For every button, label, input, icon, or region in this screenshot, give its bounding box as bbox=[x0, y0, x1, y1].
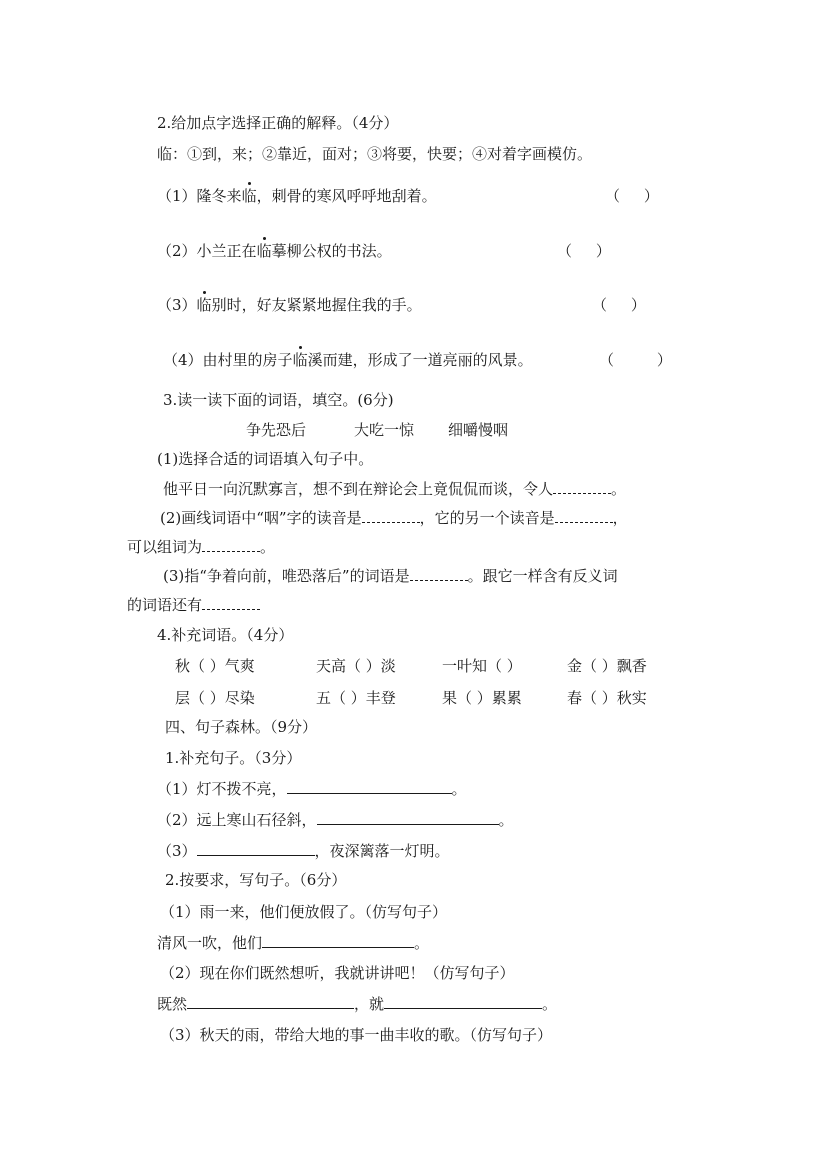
fill-blank[interactable] bbox=[553, 478, 611, 494]
question-4-title: 4.补充词语。（4分） bbox=[157, 625, 293, 645]
question-2-item-2: （2）小兰正在临摹柳公权的书法。 bbox=[157, 241, 392, 261]
answer-blank-3[interactable]: （ ） bbox=[592, 295, 646, 315]
question-3-sub1-prompt: (1)选择合适的词语填入句子中。 bbox=[157, 449, 373, 469]
answer-blank-4[interactable]: （ ） bbox=[599, 350, 672, 370]
fill-blank[interactable] bbox=[197, 840, 315, 856]
word-2: 大吃一惊 bbox=[354, 421, 414, 439]
question-2-item-4: （4）由村里的房子临溪而建，形成了一道亮丽的风景。 bbox=[163, 350, 533, 370]
word-fill-item[interactable]: 春（ ）秋实 bbox=[567, 688, 647, 708]
question-3-sub2-cont: 可以组词为。 bbox=[127, 536, 275, 556]
word-fill-item[interactable]: 一叶知（ ） bbox=[442, 656, 567, 676]
fill-blank[interactable] bbox=[202, 536, 260, 552]
word-fill-item[interactable]: 果（ ）累累 bbox=[442, 688, 567, 708]
dotted-character: 临 bbox=[242, 186, 257, 206]
word-fill-row-2: 层（ ）尽染五（ ）丰登果（ ）累累春（ ）秋实 bbox=[175, 688, 647, 708]
word-fill-row-1: 秋（ ）气爽天高（ ）淡一叶知（ ）金（ ）飘香 bbox=[175, 656, 647, 676]
word-fill-item[interactable]: 秋（ ）气爽 bbox=[175, 656, 316, 676]
fill-blank[interactable] bbox=[362, 507, 420, 523]
question-2-title: 2.给加点字选择正确的解释。（4分） bbox=[157, 113, 398, 133]
question-2-item-1: （1）隆冬来临，刺骨的寒风呼呼地刮着。 bbox=[157, 186, 437, 206]
fill-blank[interactable] bbox=[555, 507, 613, 523]
word-fill-item[interactable]: 天高（ ）淡 bbox=[316, 656, 442, 676]
question-2-definitions: 临：①到，来；②靠近，面对；③将要，快要；④对着字画模仿。 bbox=[157, 144, 592, 164]
question-3-sub2: (2)画线词语中“咽”字的读音是，它的另一个读音是， bbox=[160, 507, 628, 527]
word-1: 争先恐后 bbox=[246, 421, 306, 439]
word-fill-item[interactable]: 金（ ）飘香 bbox=[567, 656, 647, 676]
question-3-title: 3.读一读下面的词语，填空。(6分) bbox=[163, 390, 394, 410]
section-4-q2-item2-fill: 既然，就。 bbox=[157, 993, 557, 1013]
section-4-q2-item2: （2）现在你们既然想听，我就讲讲吧！（仿写句子） bbox=[160, 963, 515, 983]
word-3: 细嚼慢咽 bbox=[448, 421, 508, 439]
fill-blank[interactable] bbox=[287, 778, 452, 794]
section-4-q1-title: 1.补充句子。（3分） bbox=[165, 748, 301, 768]
fill-blank[interactable] bbox=[384, 993, 542, 1009]
question-3-sub3: (3)指“争着向前，唯恐落后”的词语是。跟它一样含有反义词 bbox=[163, 565, 618, 585]
question-3-sub3-cont: 的词语还有 bbox=[127, 594, 260, 614]
section-4-q1-item1: （1）灯不拨不亮，。 bbox=[157, 778, 467, 798]
question-2-item-3: （3）临别时，好友紧紧地握住我的手。 bbox=[157, 295, 422, 315]
word-fill-item[interactable]: 层（ ）尽染 bbox=[175, 688, 316, 708]
section-4-title: 四、句子森林。（9分） bbox=[165, 717, 317, 737]
section-4-q1-item2: （2）远上寒山石径斜，。 bbox=[157, 809, 514, 829]
section-4-q1-item3: （3），夜深篱落一灯明。 bbox=[157, 840, 450, 860]
fill-blank[interactable] bbox=[410, 565, 468, 581]
dotted-character: 临 bbox=[257, 241, 272, 261]
fill-blank[interactable] bbox=[202, 594, 260, 610]
fill-blank[interactable] bbox=[262, 932, 414, 948]
dotted-character: 临 bbox=[293, 350, 308, 370]
section-4-q2-item1-fill: 清风一吹，他们。 bbox=[157, 932, 429, 952]
question-3-sub1-sentence: 他平日一向沉默寡言，想不到在辩论会上竟侃侃而谈，令人。 bbox=[163, 478, 626, 498]
section-4-q2-item1: （1）雨一来，他们便放假了。（仿写句子） bbox=[160, 902, 447, 922]
fill-blank[interactable] bbox=[187, 993, 354, 1009]
section-4-q2-title: 2.按要求，写句子。（6分） bbox=[165, 870, 346, 890]
word-list: 争先恐后大吃一惊细嚼慢咽 bbox=[246, 420, 508, 440]
word-fill-item[interactable]: 五（ ）丰登 bbox=[316, 688, 442, 708]
section-4-q2-item3: （3）秋天的雨，带给大地的事一曲丰收的歌。（仿写句子） bbox=[160, 1025, 552, 1045]
fill-blank[interactable] bbox=[317, 809, 499, 825]
dotted-character: 临 bbox=[197, 295, 212, 315]
answer-blank-2[interactable]: （ ） bbox=[557, 241, 611, 261]
answer-blank-1[interactable]: （ ） bbox=[605, 186, 659, 206]
